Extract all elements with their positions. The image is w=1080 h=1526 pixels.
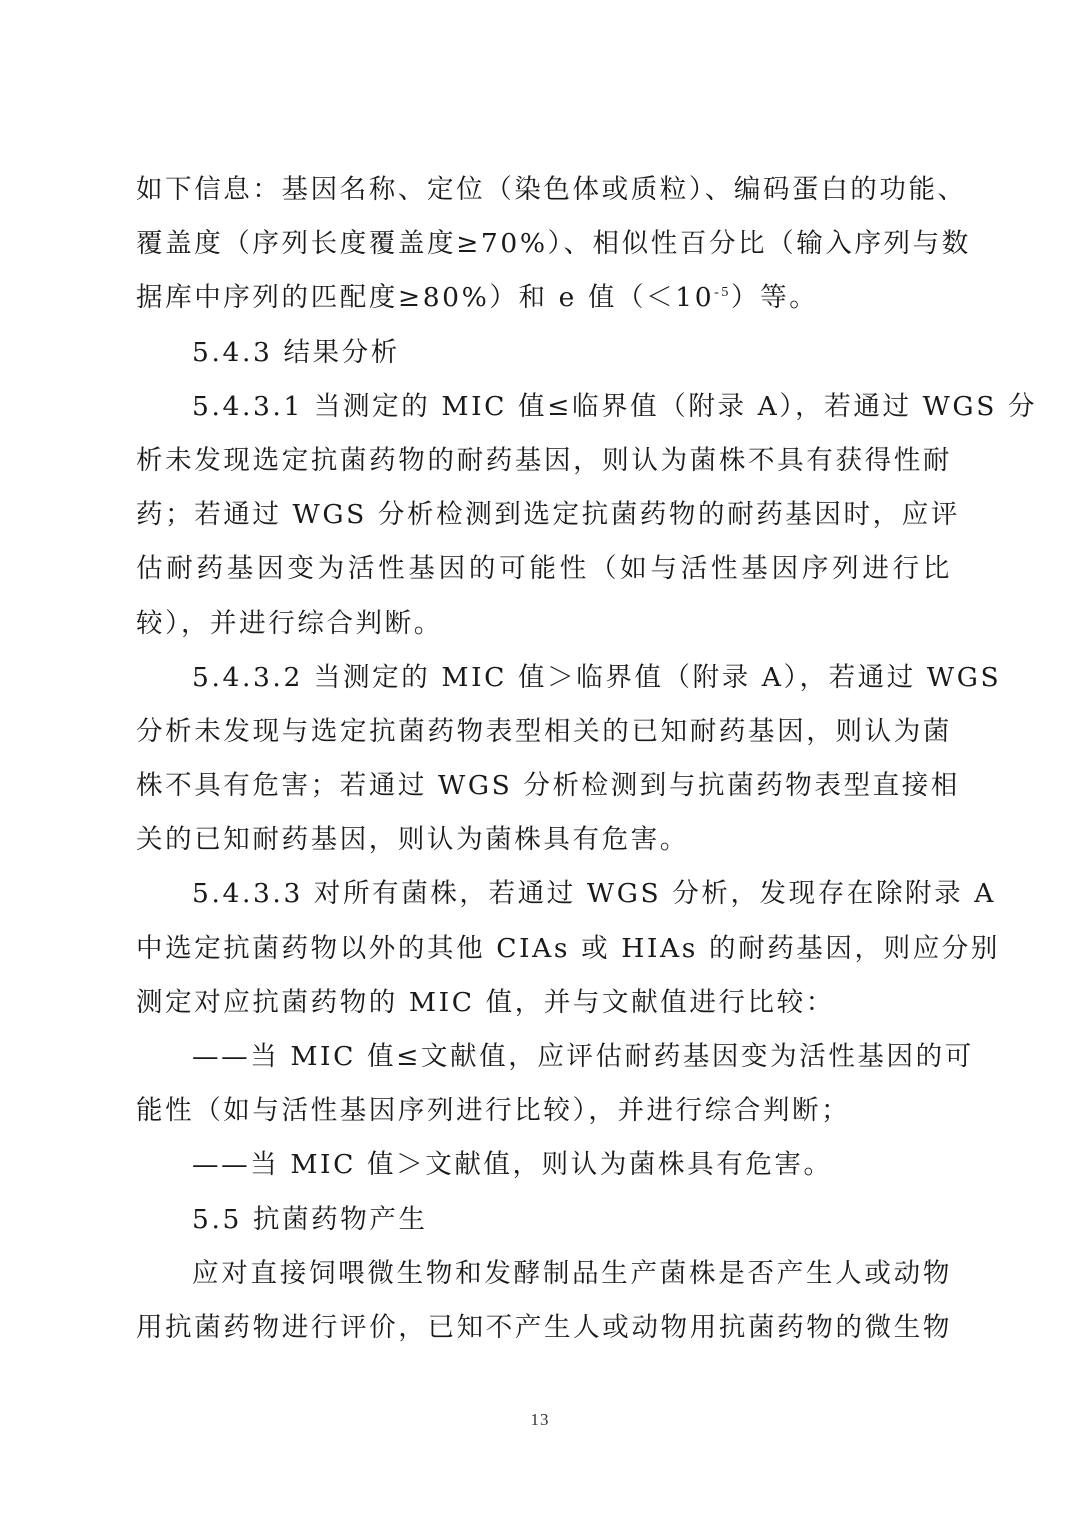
clause-5-4-3-3-line: 测定对应抗菌药物的 MIC 值，并与文献值进行比较： (136, 976, 952, 1030)
clause-5-4-3-3-line: 中选定抗菌药物以外的其他 CIAs 或 HIAs 的耐药基因，则应分别 (136, 922, 952, 976)
clause-5-4-3-2-line: 5.4.3.2 当测定的 MIC 值＞临界值（附录 A），若通过 WGS (136, 651, 952, 705)
dash-list-item-1-line: 能性（如与活性基因序列进行比较），并进行综合判断； (136, 1084, 952, 1138)
clause-5-4-3-1-line: 药；若通过 WGS 分析检测到选定抗菌药物的耐药基因时，应评 (136, 488, 952, 542)
clause-5-4-3-3-line: 5.4.3.3 对所有菌株，若通过 WGS 分析，发现存在除附录 A (136, 867, 952, 921)
section-heading-5-5: 5.5 抗菌药物产生 (136, 1193, 952, 1247)
clause-5-4-3-1-line: 5.4.3.1 当测定的 MIC 值≤临界值（附录 A），若通过 WGS 分 (136, 380, 952, 434)
clause-5-4-3-1-line: 析未发现选定抗菌药物的耐药基因，则认为菌株不具有获得性耐 (136, 434, 952, 488)
clause-5-4-3-1-line: 较），并进行综合判断。 (136, 597, 952, 651)
line-tail-text: ）等。 (731, 282, 818, 313)
section-5-5-paragraph-line: 应对直接饲喂微生物和发酵制品生产菌株是否产生人或动物 (136, 1247, 952, 1301)
paragraph-line: 覆盖度（序列长度覆盖度≥70%）、相似性百分比（输入序列与数 (136, 217, 952, 271)
paragraph-line: 据库中序列的匹配度≥80%）和 e 值（＜10-5）等。 (136, 271, 952, 325)
line-text: 据库中序列的匹配度≥80%）和 e 值（＜10 (136, 282, 714, 313)
dash-list-item-2-line: ——当 MIC 值＞文献值，则认为菌株具有危害。 (136, 1138, 952, 1192)
clause-5-4-3-1-line: 估耐药基因变为活性基因的可能性（如与活性基因序列进行比 (136, 542, 952, 596)
section-5-5-paragraph-line: 用抗菌药物进行评价，已知不产生人或动物用抗菌药物的微生物 (136, 1301, 952, 1355)
document-body: 如下信息：基因名称、定位（染色体或质粒）、编码蛋白的功能、 覆盖度（序列长度覆盖… (136, 163, 952, 1355)
clause-5-4-3-2-line: 关的已知耐药基因，则认为菌株具有危害。 (136, 813, 952, 867)
clause-5-4-3-2-line: 株不具有危害；若通过 WGS 分析检测到与抗菌药物表型直接相 (136, 759, 952, 813)
page-number: 13 (0, 1410, 1080, 1430)
clause-5-4-3-2-line: 分析未发现与选定抗菌药物表型相关的已知耐药基因，则认为菌 (136, 705, 952, 759)
dash-list-item-1-line: ——当 MIC 值≤文献值，应评估耐药基因变为活性基因的可 (136, 1030, 952, 1084)
document-page: 如下信息：基因名称、定位（染色体或质粒）、编码蛋白的功能、 覆盖度（序列长度覆盖… (0, 0, 1080, 1526)
exponent-superscript: -5 (714, 285, 731, 300)
paragraph-line: 如下信息：基因名称、定位（染色体或质粒）、编码蛋白的功能、 (136, 163, 952, 217)
section-heading-5-4-3: 5.4.3 结果分析 (136, 326, 952, 380)
